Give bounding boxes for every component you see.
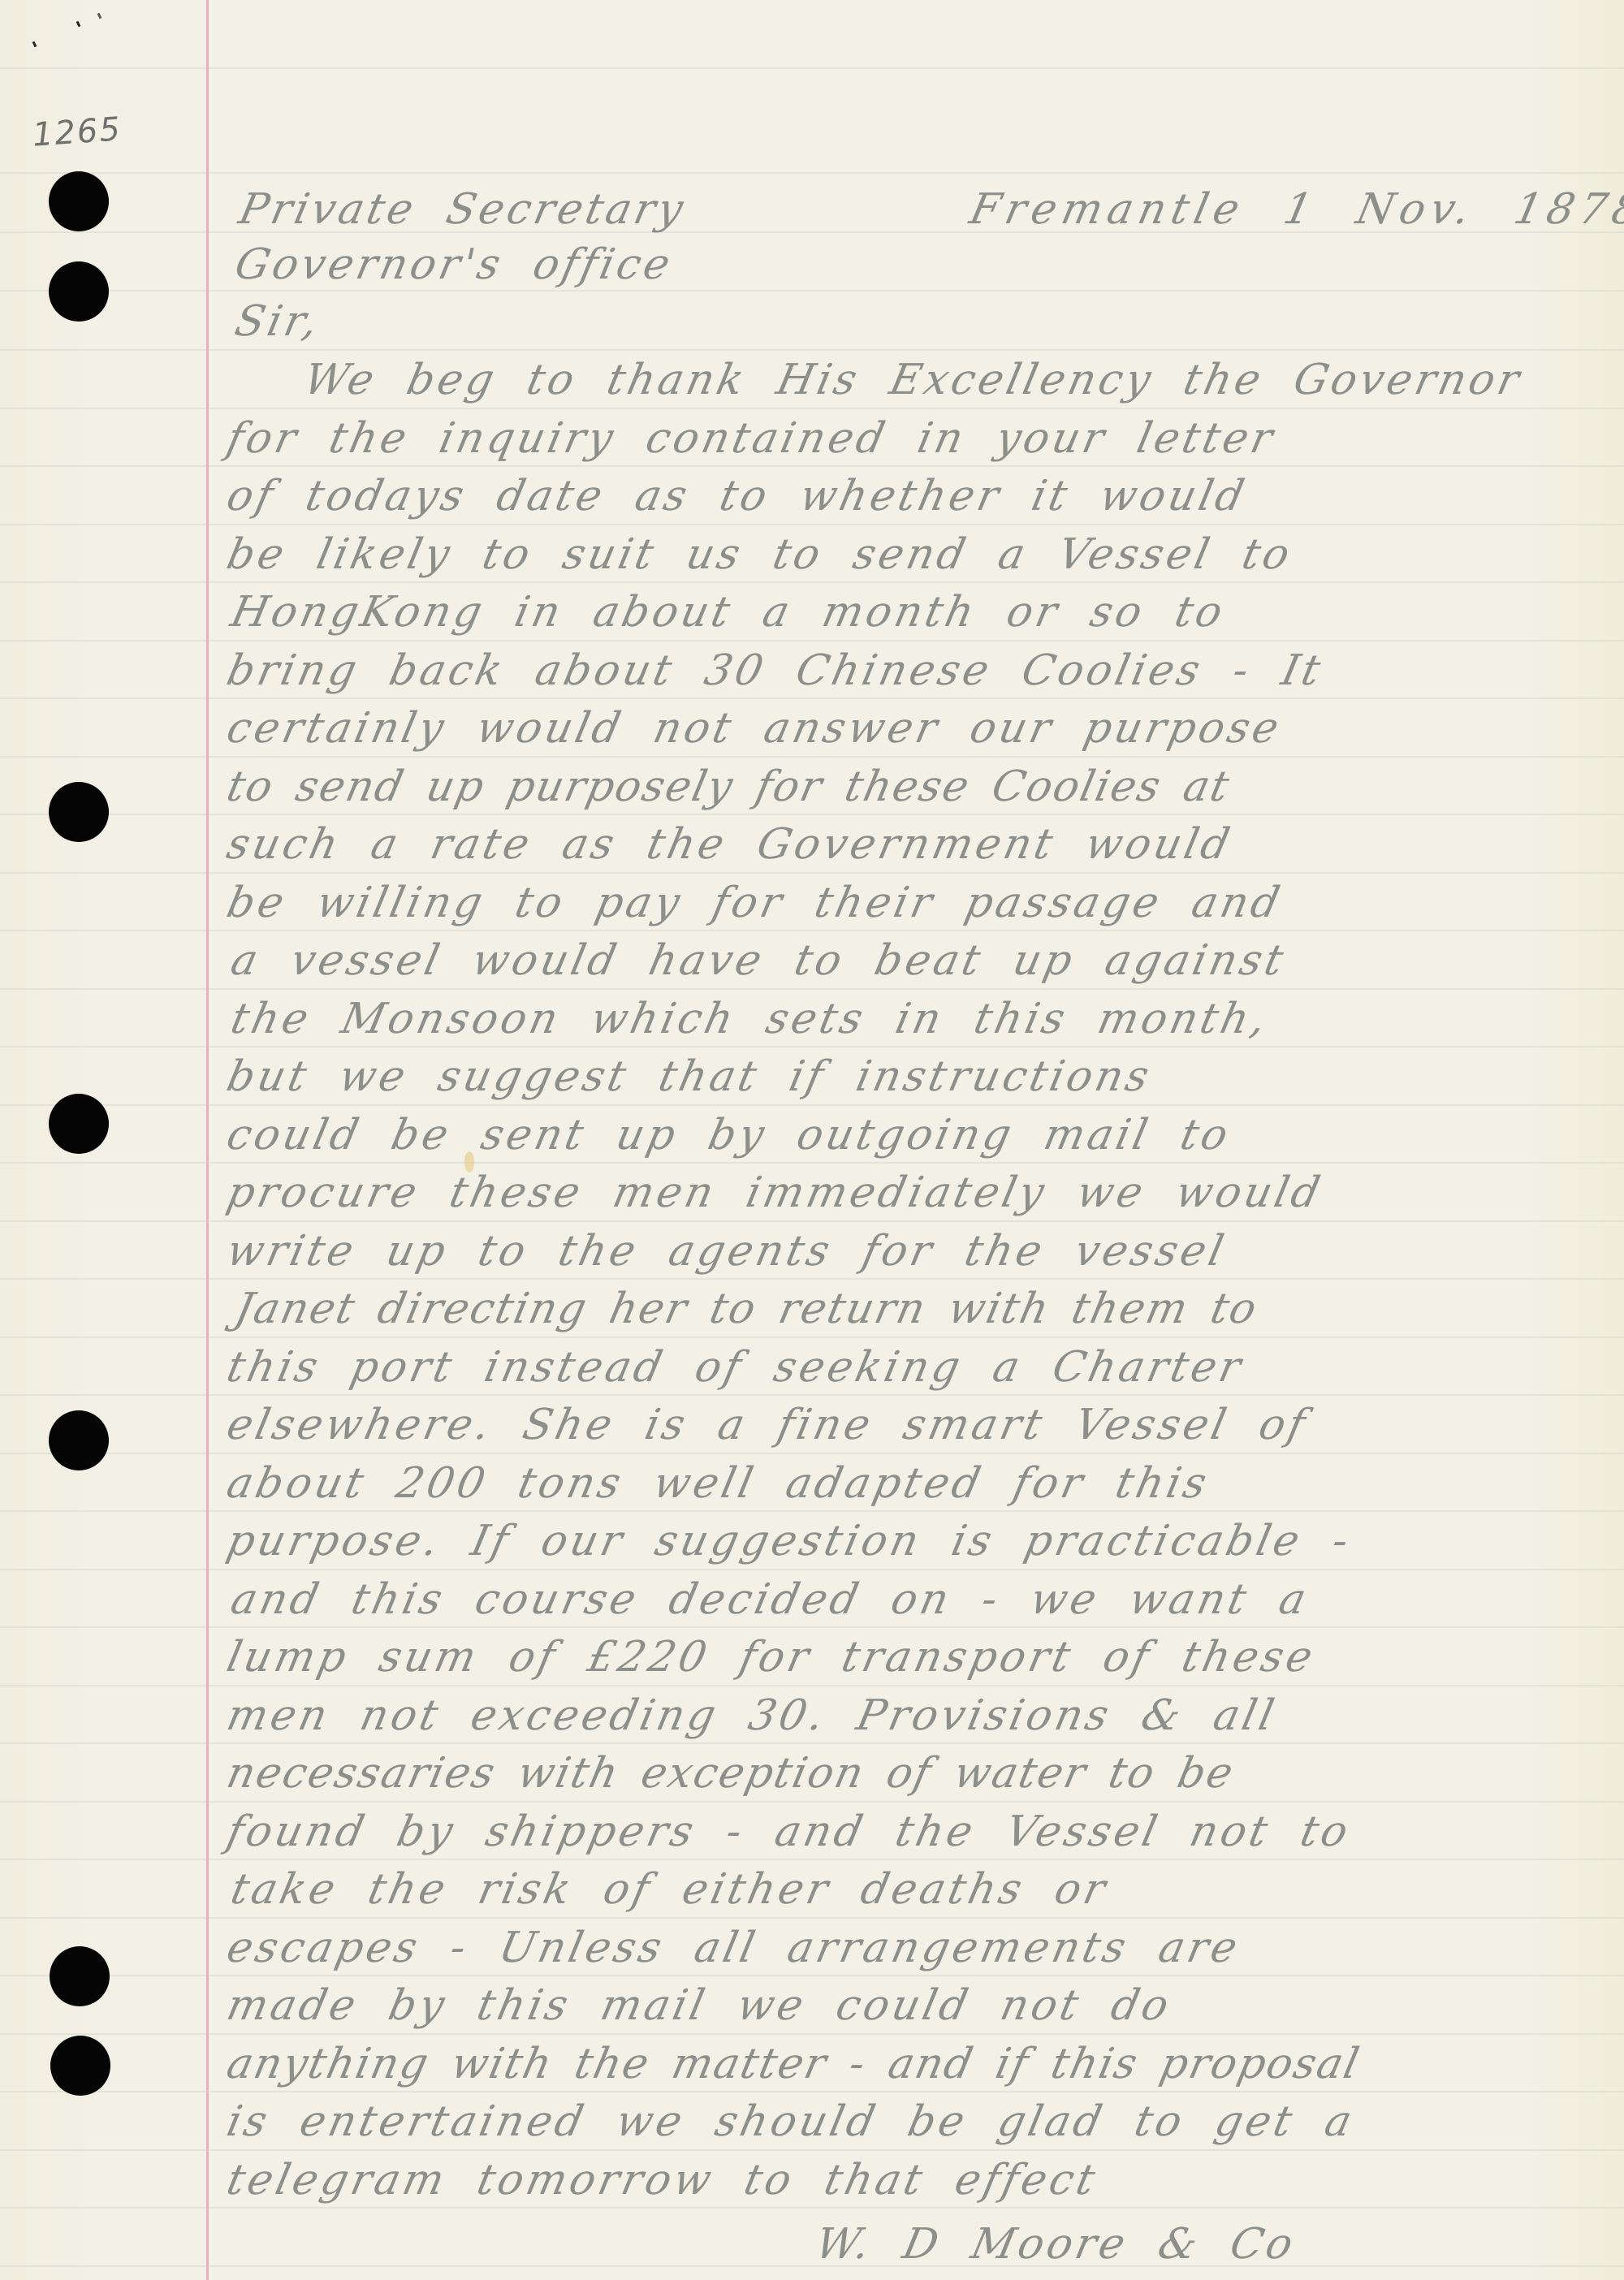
- body-line: but we suggest that if instructions: [223, 1056, 1155, 1098]
- body-line: could be sent up by outgoing mail to: [223, 1114, 1234, 1156]
- ruled-line: [0, 581, 1624, 583]
- ink-speck: [32, 41, 37, 48]
- body-line: this port instead of seeking a Charter: [223, 1346, 1247, 1388]
- ruled-line: [0, 1104, 1624, 1106]
- letter-page: 1265 Private Secretary Governor's office…: [0, 0, 1624, 2280]
- ruled-line: [0, 1742, 1624, 1744]
- body-line: the Monsoon which sets in this month,: [227, 998, 1272, 1040]
- ruled-line: [0, 872, 1624, 874]
- body-line: and this course decided on - we want a: [227, 1578, 1313, 1621]
- ruled-line: [0, 2207, 1624, 2209]
- ruled-line: [0, 756, 1624, 758]
- ruled-line: [0, 1626, 1624, 1628]
- ruled-line: [0, 1453, 1624, 1454]
- body-line: elsewhere. She is a fine smart Vessel of: [223, 1404, 1312, 1446]
- ruled-line: [0, 1336, 1624, 1338]
- addressee-line-1: Private Secretary: [235, 188, 689, 231]
- ruled-line: [0, 697, 1624, 699]
- ruled-line: [0, 1975, 1624, 1976]
- ruled-line: [0, 814, 1624, 815]
- addressee-line-2: Governor's office: [231, 244, 676, 286]
- punch-hole: [50, 2036, 110, 2096]
- body-line: necessaries with exception of water to b…: [223, 1752, 1238, 1794]
- body-line: to send up purposely for these Coolies a…: [223, 766, 1234, 808]
- ruled-line: [0, 1046, 1624, 1047]
- punch-hole: [49, 782, 109, 842]
- ruled-line: [0, 1569, 1624, 1570]
- ruled-line: [0, 1685, 1624, 1686]
- punch-hole: [49, 171, 109, 231]
- ruled-line: [0, 172, 1624, 174]
- body-line: such a rate as the Government would: [223, 823, 1236, 866]
- body-line: anything with the matter - and if this p…: [223, 2043, 1364, 2085]
- punch-hole: [50, 1946, 110, 2006]
- body-line: procure these men immediately we would: [223, 1172, 1327, 1214]
- body-line: be willing to pay for their passage and: [223, 882, 1286, 924]
- body-line: write up to the agents for the vessel: [223, 1230, 1230, 1272]
- ruled-line: [0, 2149, 1624, 2151]
- body-line: made by this mail we could not do: [223, 1984, 1175, 2027]
- body-line: about 200 tons well adapted for this: [223, 1462, 1213, 1505]
- ruled-line: [0, 465, 1624, 467]
- ruled-line: [0, 1917, 1624, 1919]
- punch-hole: [49, 261, 109, 322]
- body-line: be likely to suit us to send a Vessel to: [223, 533, 1296, 576]
- body-line: bring back about 30 Chinese Coolies - It: [223, 650, 1327, 692]
- ink-speck: [76, 21, 81, 28]
- ruled-line: [0, 1859, 1624, 1860]
- body-line: telegram tomorrow to that effect: [223, 2159, 1102, 2201]
- ruled-line: [0, 408, 1624, 409]
- paper-stain: [464, 1151, 474, 1172]
- ruled-line: [0, 67, 1624, 69]
- ruled-line: [0, 290, 1624, 291]
- ruled-line: [0, 1394, 1624, 1396]
- ruled-line: [0, 524, 1624, 525]
- ruled-line: [0, 2091, 1624, 2092]
- body-line: lump sum of £220 for transport of these: [223, 1636, 1319, 1678]
- punch-hole: [49, 1094, 109, 1154]
- ruled-line: [0, 1162, 1624, 1164]
- folio-number: 1265: [32, 110, 123, 154]
- body-line: for the inquiry contained in your letter: [223, 417, 1280, 460]
- body-line: purpose. If our suggestion is practicabl…: [223, 1520, 1355, 1562]
- ruled-line: [0, 1220, 1624, 1222]
- ruled-line: [0, 1510, 1624, 1512]
- body-line: of todays date as to whether it would: [223, 475, 1250, 517]
- body-line: Janet directing her to return with them …: [231, 1288, 1262, 1330]
- body-line: escapes - Unless all arrangements are: [223, 1927, 1244, 1969]
- ruled-line: [0, 2033, 1624, 2035]
- ink-speck: [97, 13, 102, 19]
- margin-line: [206, 0, 209, 2280]
- ruled-line: [0, 1278, 1624, 1280]
- body-line: certainly would not answer our purpose: [223, 707, 1285, 749]
- ruled-line: [0, 349, 1624, 351]
- ruled-line: [0, 988, 1624, 990]
- body-line: men not exceeding 30. Provisions & all: [223, 1695, 1281, 1737]
- salutation: Sir,: [231, 300, 325, 343]
- signature: W. D Moore & Co: [812, 2223, 1300, 2265]
- body-line: HongKong in about a month or so to: [227, 591, 1229, 633]
- ruled-line: [0, 640, 1624, 641]
- ruled-line: [0, 1801, 1624, 1803]
- body-line: a vessel would have to beat up against: [227, 939, 1289, 982]
- body-line: take the risk of either deaths or: [227, 1868, 1112, 1911]
- ruled-line: [0, 930, 1624, 931]
- punch-hole: [49, 1410, 109, 1470]
- place-and-date: Fremantle 1 Nov. 1878: [966, 188, 1624, 231]
- body-line: is entertained we should be glad to get …: [223, 2101, 1358, 2143]
- body-line: found by shippers - and the Vessel not t…: [223, 1811, 1354, 1853]
- body-line: We beg to thank His Excellency the Gover…: [300, 359, 1526, 401]
